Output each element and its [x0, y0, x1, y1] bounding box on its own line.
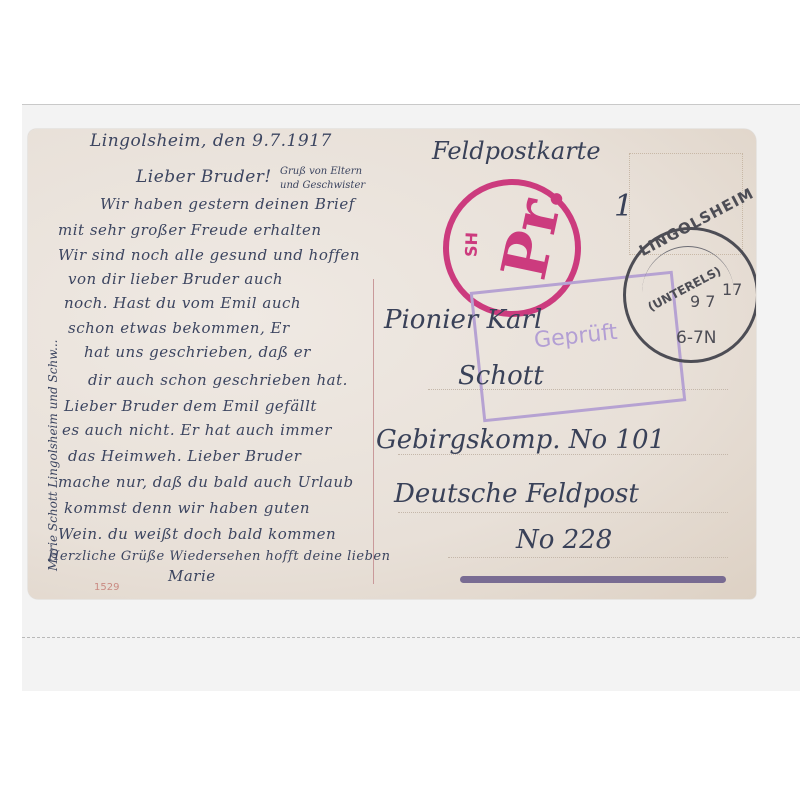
message-line: schon etwas bekommen, Er [68, 319, 290, 337]
address-surname: Schott [458, 361, 544, 391]
message-line: hat uns geschrieben, daß er [84, 343, 311, 361]
message-line: Herzliche Grüße Wiedersehen hofft deine … [48, 549, 390, 564]
message-line: Wir sind noch alle gesund und hoffen [58, 246, 360, 264]
address-mark: 1 [614, 189, 633, 224]
message-line: Wir haben gestern deinen Brief [100, 195, 355, 213]
card-divider-line [373, 279, 374, 584]
message-heading: Lingolsheim, den 9.7.1917 [90, 131, 332, 151]
message-line: kommst denn wir haben guten [64, 499, 310, 517]
address-number: No 228 [516, 525, 612, 555]
message-line: noch. Hast du vom Emil auch [64, 294, 301, 312]
message-line: das Heimweh. Lieber Bruder [68, 447, 301, 465]
censor-stamp-text: Pr. [487, 177, 578, 285]
message-line: mache nur, daß du bald auch Urlaub [58, 473, 354, 491]
feldpostkarte-header: Feldpostkarte [432, 137, 601, 165]
censor-stamp-sub: SH [462, 232, 482, 258]
gepruft-text: Geprüft [533, 320, 619, 354]
address-recipient: Pionier Karl [384, 305, 542, 335]
message-line: von dir lieber Bruder auch [68, 270, 283, 288]
address-rule [448, 557, 728, 558]
margin-note-greeting: Gruß von Eltern und Geschwister [280, 165, 375, 193]
address-rule [398, 512, 728, 513]
sleeve-edge [22, 637, 800, 639]
message-line: Lieber Bruder dem Emil gefällt [64, 397, 317, 415]
message-line: mit sehr großer Freude erhalten [58, 221, 322, 239]
message-line: es auch nicht. Er hat auch immer [62, 421, 332, 439]
postmark-time: 6-7N [676, 328, 716, 348]
postmark-year: 17 [722, 280, 742, 299]
postmark: LINGOLSHEIM (UNTERELS) 9 7 17 6-7N [623, 227, 756, 363]
message-salutation: Lieber Bruder! [136, 167, 272, 187]
address-feldpost: Deutsche Feldpost [394, 479, 639, 509]
message-line: dir auch schon geschrieben hat. [88, 371, 348, 389]
postcard: Lingolsheim, den 9.7.1917 Lieber Bruder!… [28, 129, 756, 599]
message-line: Wein. du weißt doch bald kommen [58, 525, 336, 543]
margin-note-vertical: Marie Schott Lingolsheim und Schw... [46, 141, 60, 571]
message-signature: Marie [168, 567, 216, 585]
address-unit: Gebirgskomp. No 101 [376, 425, 665, 455]
print-number: 1529 [94, 582, 119, 593]
violet-underline [460, 576, 726, 583]
postmark-date: 9 7 [690, 292, 715, 311]
